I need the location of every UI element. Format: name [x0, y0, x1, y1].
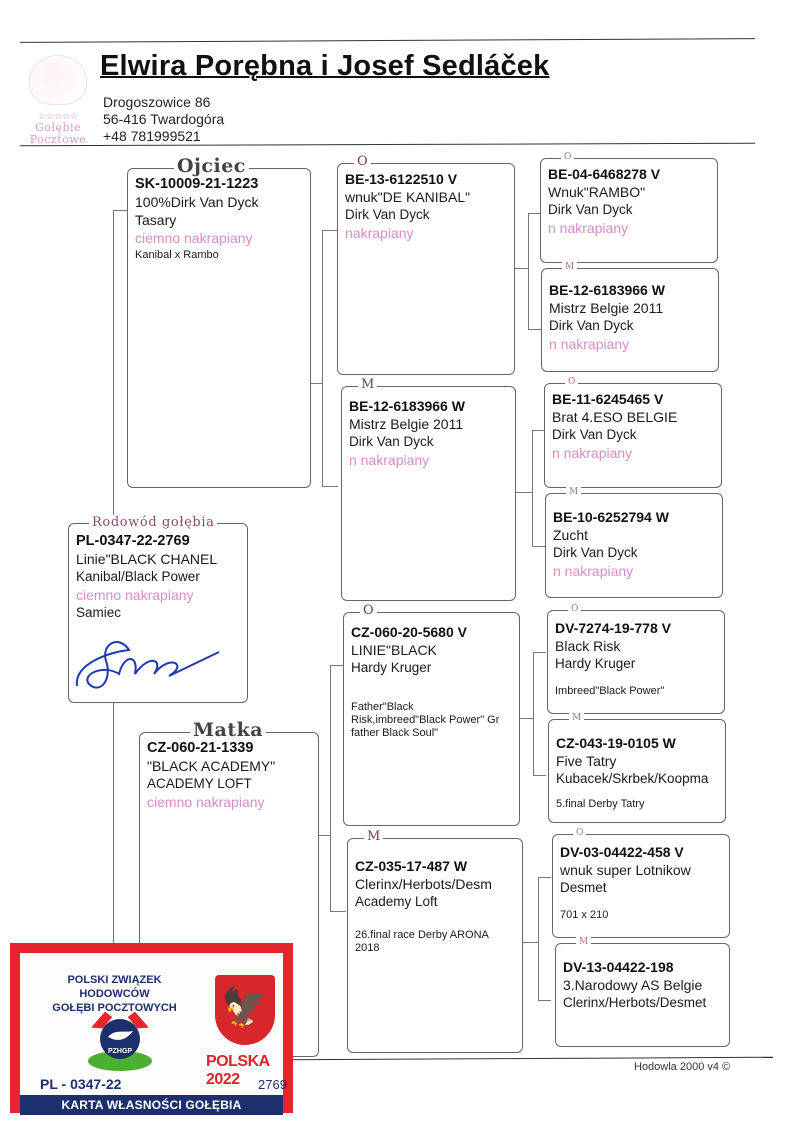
card-title-band: KARTA WŁASNOŚCI GOŁĘBIA POCZTOWEGO [20, 1095, 283, 1115]
great-grandparent-card[interactable]: M BE-12-6183966 W Mistrz Belgie 2011 Dir… [541, 268, 719, 372]
great-grandparent-breeder: Kubacek/Skrbek/Koopma [556, 770, 719, 788]
great-grandparent-card[interactable]: O DV-7274-19-778 V Black Risk Hardy Krug… [547, 610, 725, 714]
grandparent-name: Clerinx/Herbots/Desm [355, 875, 516, 893]
great-grandparent-legend: M [566, 487, 581, 497]
card-ring-prefix: PL - 0347-22 [40, 1076, 121, 1092]
polish-eagle-icon: 🦅 [215, 975, 275, 1045]
great-grandparent-color: n nakrapiany [553, 562, 716, 580]
great-grandparent-name: Black Risk [555, 637, 718, 655]
grandparent-breeder: Academy Loft [355, 893, 516, 911]
great-grandparent-legend: M [562, 262, 577, 272]
mother-ring: CZ-060-21-1339 [147, 739, 312, 757]
great-grandparent-card[interactable]: O BE-11-6245465 V Brat 4.ESO BELGIE Dirk… [544, 383, 722, 488]
great-grandparent-name: wnuk super Lotnikow [560, 861, 723, 879]
great-grandparent-note: 5.final Derby Tatry [556, 798, 719, 811]
great-grandparent-breeder: Dirk Van Dyck [552, 426, 715, 444]
great-grandparent-legend: M [569, 713, 584, 723]
logo: ☆☆☆☆☆ Gołębie Pocztowe [18, 55, 98, 147]
great-grandparent-breeder: Dirk Van Dyck [553, 544, 716, 562]
great-grandparent-note: Imbreed"Black Power" [555, 685, 718, 698]
great-grandparent-breeder: Dirk Van Dyck [548, 201, 711, 219]
subject-card[interactable]: Rodowód gołębia PL-0347-22-2769 Linie"BL… [68, 523, 248, 703]
mother-color: ciemno nakrapiany [147, 793, 312, 811]
great-grandparent-breeder: Dirk Van Dyck [549, 317, 712, 335]
mother-legend: Matka [190, 719, 266, 741]
grandparent-breeder: Hardy Kruger [351, 659, 513, 677]
grandparent-legend: O [354, 154, 371, 169]
grandparent-ring: BE-13-6122510 V [345, 170, 508, 188]
great-grandparent-card[interactable]: O BE-04-6468278 V Wnuk"RAMBO" Dirk Van D… [540, 158, 718, 263]
connector-gp2-stub [516, 492, 532, 493]
grandparent-note: Father"Black Risk,imbreed"Black Power" G… [351, 701, 513, 740]
grandparent-legend: M [364, 829, 383, 844]
great-grandparent-card[interactable]: M CZ-043-19-0105 W Five Tatry Kubacek/Sk… [548, 719, 726, 823]
connector-father-gp [322, 230, 338, 487]
connector-gp4 [538, 877, 551, 1001]
svg-text:PZHGP: PZHGP [108, 1048, 132, 1055]
great-grandparent-legend: M [576, 937, 591, 947]
father-ring: SK-10009-21-1223 [135, 175, 304, 193]
great-grandparent-ring: BE-04-6468278 V [548, 165, 711, 183]
signature-icon [69, 624, 229, 694]
great-grandparent-breeder: Clerinx/Herbots/Desmet [563, 994, 723, 1012]
breeder-address: Drogoszowice 86 56-416 Twardogóra +48 78… [103, 94, 224, 145]
great-grandparent-color: n nakrapiany [549, 335, 712, 353]
father-card[interactable]: Ojciec SK-10009-21-1223 100%Dirk Van Dyc… [127, 168, 311, 488]
grandparent-legend: M [358, 377, 377, 392]
father-legend: Ojciec [174, 155, 249, 177]
ownership-card: POLSKI ZWIĄZEK HODOWCÓW GOŁĘBI POCZTOWYC… [10, 943, 293, 1113]
grandparent-name: Mistrz Belgie 2011 [349, 415, 509, 433]
card-org-line1: POLSKI ZWIĄZEK HODOWCÓW [32, 973, 197, 1001]
great-grandparent-card[interactable]: O DV-03-04422-458 V wnuk super Lotnikow … [552, 834, 730, 938]
great-grandparent-legend: O [565, 377, 578, 387]
connector-gp3 [533, 652, 546, 776]
grandparent-card[interactable]: O CZ-060-20-5680 V LINIE"BLACK Hardy Kru… [343, 612, 520, 826]
great-grandparent-ring: DV-03-04422-458 V [560, 843, 723, 861]
great-grandparent-ring: BE-10-6252794 W [553, 508, 716, 526]
connector-mother-stub [318, 835, 330, 836]
grandparent-note: 26.final race Derby ARONA 2018 [355, 929, 516, 955]
great-grandparent-color: n nakrapiany [552, 444, 715, 462]
connector-gp1-stub [515, 268, 528, 269]
address-city: 56-416 Twardogóra [103, 111, 224, 128]
great-grandparent-breeder: Desmet [560, 879, 723, 897]
grandparent-breeder: Dirk Van Dyck [349, 433, 509, 451]
grandparent-name: wnuk"DE KANIBAL" [345, 188, 508, 206]
great-grandparent-legend: O [568, 604, 581, 614]
connector-gp3-stub [520, 718, 533, 719]
great-grandparent-breeder: Hardy Kruger [555, 655, 718, 673]
subject-sex: Samiec [76, 604, 241, 622]
great-grandparent-name: Zucht [553, 526, 716, 544]
great-grandparent-name: 3.Narodowy AS Belgie [563, 976, 723, 994]
great-grandparent-note: 701 x 210 [560, 909, 723, 922]
logo-text-2: Pocztowe [18, 134, 98, 146]
grandparent-name: LINIE"BLACK [351, 641, 513, 659]
subject-name: Linie"BLACK CHANEL [76, 550, 241, 568]
grandparent-color: nakrapiany [345, 224, 508, 242]
grandparent-card[interactable]: M CZ-035-17-487 W Clerinx/Herbots/Desm A… [347, 838, 523, 1053]
connector-father-stub [311, 383, 322, 384]
grandparent-card[interactable]: O BE-13-6122510 V wnuk"DE KANIBAL" Dirk … [337, 163, 515, 375]
grandparent-breeder: Dirk Van Dyck [345, 206, 508, 224]
great-grandparent-card[interactable]: M DV-13-04422-198 3.Narodowy AS Belgie C… [555, 943, 730, 1047]
card-ring-number: 2769 [258, 1077, 287, 1092]
father-note: Kanibal x Rambo [135, 249, 304, 262]
great-grandparent-legend: O [573, 828, 586, 838]
great-grandparent-name: Wnuk"RAMBO" [548, 183, 711, 201]
father-color: ciemno nakrapiany [135, 229, 304, 247]
grandparent-color: n nakrapiany [349, 451, 509, 469]
great-grandparent-ring: BE-11-6245465 V [552, 390, 715, 408]
father-breeder: Tasary [135, 211, 304, 229]
great-grandparent-ring: DV-13-04422-198 [563, 958, 723, 976]
grandparent-ring: BE-12-6183966 W [349, 397, 509, 415]
grandparent-ring: CZ-060-20-5680 V [351, 623, 513, 641]
address-street: Drogoszowice 86 [103, 94, 224, 111]
mother-name: "BLACK ACADEMY" [147, 757, 312, 775]
subject-color: ciemno nakrapiany [76, 586, 241, 604]
great-grandparent-name: Five Tatry [556, 752, 719, 770]
connector-gp4-stub [523, 942, 538, 943]
subject-ring: PL-0347-22-2769 [76, 532, 241, 550]
phone: +48 781999521 [103, 128, 224, 145]
great-grandparent-legend: O [561, 152, 574, 162]
ownership-card-inner: POLSKI ZWIĄZEK HODOWCÓW GOŁĘBI POCZTOWYC… [20, 953, 283, 1101]
pigeon-emblem-icon: PZHGP [75, 1003, 165, 1073]
great-grandparent-name: Brat 4.ESO BELGIE [552, 408, 715, 426]
mother-breeder: ACADEMY LOFT [147, 775, 312, 793]
great-grandparent-ring: DV-7274-19-778 V [555, 619, 718, 637]
software-credit: Hodowla 2000 v4 © [634, 1061, 730, 1073]
footer-rule [290, 1057, 773, 1061]
great-grandparent-ring: BE-12-6183966 W [549, 281, 712, 299]
great-grandparent-name: Mistrz Belgie 2011 [549, 299, 712, 317]
grandparent-ring: CZ-035-17-487 W [355, 857, 516, 875]
father-name: 100%Dirk Van Dyck [135, 193, 304, 211]
subject-legend: Rodowód gołębia [89, 515, 217, 530]
pigeon-logo-icon [29, 55, 87, 105]
great-grandparent-card[interactable]: M BE-10-6252794 W Zucht Dirk Van Dyck n … [545, 493, 723, 598]
great-grandparent-color: n nakrapiany [548, 219, 711, 237]
breeder-title: Elwira Porębna i Josef Sedláček [100, 50, 549, 83]
great-grandparent-ring: CZ-043-19-0105 W [556, 734, 719, 752]
header-top-rule [20, 38, 755, 43]
grandparent-legend: O [360, 603, 377, 618]
subject-breeder: Kanibal/Black Power [76, 568, 241, 586]
grandparent-card[interactable]: M BE-12-6183966 W Mistrz Belgie 2011 Dir… [341, 386, 516, 601]
